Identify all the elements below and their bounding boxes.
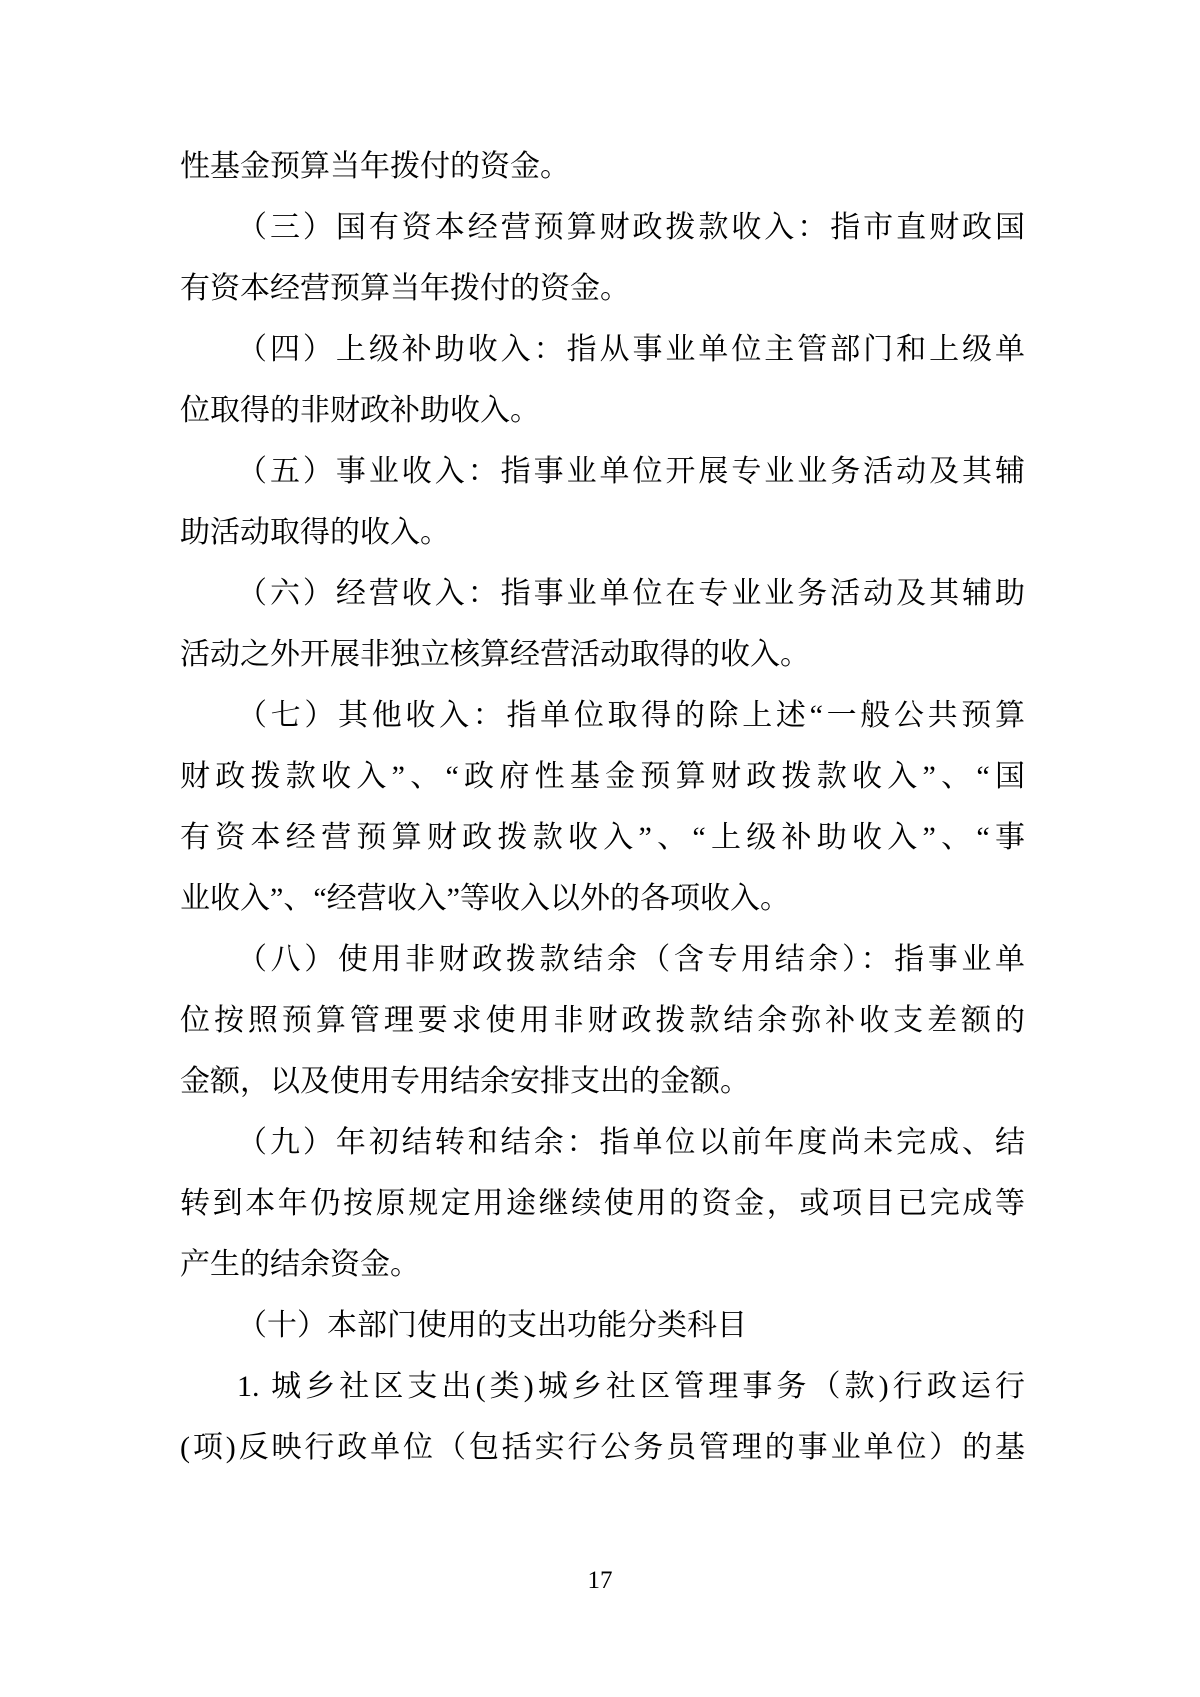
text-line: （五）事业收入：指事业单位开展专业业务活动及其辅 (180, 441, 1025, 502)
text-line: 有资本经营预算财政拨款收入”、“上级补助收入”、“事 (180, 807, 1025, 868)
text-line: 业收入”、“经营收入”等收入以外的各项收入。 (180, 868, 1025, 929)
text-line: （三）国有资本经营预算财政拨款收入：指市直财政国 (180, 197, 1025, 258)
text-line: 转到本年仍按原规定用途继续使用的资金，或项目已完成等 (180, 1173, 1025, 1234)
text-line: 位取得的非财政补助收入。 (180, 380, 1025, 441)
text-line: 1. 城乡社区支出(类)城乡社区管理事务（款)行政运行 (180, 1356, 1025, 1417)
text-line: （十）本部门使用的支出功能分类科目 (180, 1295, 1025, 1356)
text-line: （九）年初结转和结余：指单位以前年度尚未完成、结 (180, 1112, 1025, 1173)
text-line: （八）使用非财政拨款结余（含专用结余）：指事业单 (180, 929, 1025, 990)
text-line: 位按照预算管理要求使用非财政拨款结余弥补收支差额的 (180, 990, 1025, 1051)
text-line: 活动之外开展非独立核算经营活动取得的收入。 (180, 624, 1025, 685)
text-line: 有资本经营预算当年拨付的资金。 (180, 258, 1025, 319)
body-text: 性基金预算当年拨付的资金。（三）国有资本经营预算财政拨款收入：指市直财政国有资本… (180, 136, 1025, 1478)
page-number: 17 (588, 1567, 613, 1594)
text-line: （七）其他收入：指单位取得的除上述“一般公共预算 (180, 685, 1025, 746)
page-footer: 17 (0, 1565, 1200, 1597)
text-line: 金额，以及使用专用结余安排支出的金额。 (180, 1051, 1025, 1112)
document-page: 性基金预算当年拨付的资金。（三）国有资本经营预算财政拨款收入：指市直财政国有资本… (0, 0, 1200, 1697)
text-line: 性基金预算当年拨付的资金。 (180, 136, 1025, 197)
text-line: 助活动取得的收入。 (180, 502, 1025, 563)
text-line: (项)反映行政单位（包括实行公务员管理的事业单位）的基 (180, 1417, 1025, 1478)
text-line: （四）上级补助收入：指从事业单位主管部门和上级单 (180, 319, 1025, 380)
text-line: 产生的结余资金。 (180, 1234, 1025, 1295)
text-line: （六）经营收入：指事业单位在专业业务活动及其辅助 (180, 563, 1025, 624)
text-line: 财政拨款收入”、“政府性基金预算财政拨款收入”、“国 (180, 746, 1025, 807)
